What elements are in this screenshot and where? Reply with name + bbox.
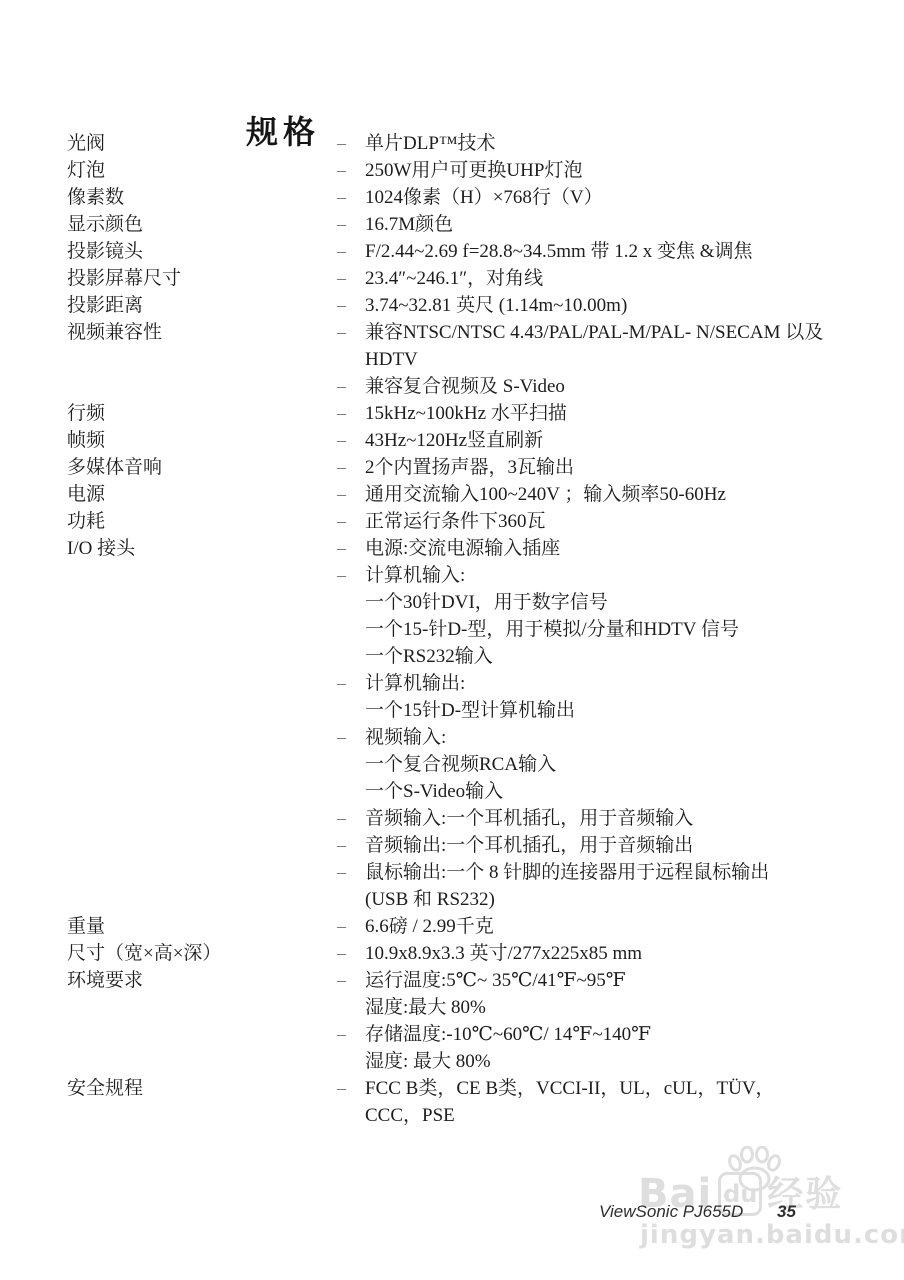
spec-value: 兼容NTSC/NTSC 4.43/PAL/PAL-M/PAL- N/SECAM … (365, 319, 904, 346)
spec-row: 一个30针DVI，用于数字信号 (0, 589, 904, 616)
spec-label (67, 859, 337, 886)
spec-value: 计算机输入: (365, 562, 904, 589)
spec-value: 43Hz~120Hz竖直刷新 (365, 427, 904, 454)
spec-row: – 兼容复合视频及 S-Video (0, 373, 904, 400)
spec-row: 安全规程 – FCC B类，CE B类，VCCI-II，UL，cUL，TÜV， (0, 1075, 904, 1102)
spec-row: – 计算机输入: (0, 562, 904, 589)
spec-dash: – (337, 427, 365, 454)
spec-dash: – (337, 724, 365, 751)
spec-row: 行频 – 15kHz~100kHz 水平扫描 (0, 400, 904, 427)
spec-row: (USB 和 RS232) (0, 886, 904, 913)
spec-label (67, 994, 337, 1021)
spec-label: 尺寸（宽×高×深） (67, 940, 337, 967)
spec-label (67, 886, 337, 913)
spec-dash: – (337, 454, 365, 481)
spec-label (67, 832, 337, 859)
spec-label: 显示颜色 (67, 211, 337, 238)
spec-dash: – (337, 292, 365, 319)
spec-value: 音频输入:一个耳机插孔，用于音频输入 (365, 805, 904, 832)
spec-value: 10.9x8.9x3.3 英寸/277x225x85 mm (365, 940, 904, 967)
spec-value: 鼠标输出:一个 8 针脚的连接器用于远程鼠标输出 (365, 859, 904, 886)
spec-label: 行频 (67, 400, 337, 427)
spec-row: 一个复合视频RCA输入 (0, 751, 904, 778)
spec-list: 光阀 – 单片DLP™技术 灯泡 – 250W用户可更换UHP灯泡 像素数 – … (0, 130, 904, 1129)
spec-row: – 音频输入:一个耳机插孔，用于音频输入 (0, 805, 904, 832)
spec-dash: – (337, 238, 365, 265)
spec-dash: – (337, 535, 365, 562)
footer-page-number: 35 (777, 1202, 796, 1222)
spec-value: 23.4″~246.1″，对角线 (365, 265, 904, 292)
spec-label: 光阀 (67, 130, 337, 157)
spec-label (67, 670, 337, 697)
spec-dash: – (337, 319, 365, 346)
spec-value: 一个复合视频RCA输入 (365, 751, 904, 778)
spec-dash: – (337, 1021, 365, 1048)
spec-dash: – (337, 373, 365, 400)
spec-dash: – (337, 400, 365, 427)
spec-label: 帧频 (67, 427, 337, 454)
spec-row: 功耗 – 正常运行条件下360瓦 (0, 508, 904, 535)
spec-value: 一个15针D-型计算机输出 (365, 697, 904, 724)
spec-dash (337, 778, 365, 805)
spec-row: 电源 – 通用交流输入100~240V ；输入频率50-60Hz (0, 481, 904, 508)
spec-value: 视频输入: (365, 724, 904, 751)
spec-value: 湿度:最大 80% (365, 994, 904, 1021)
spec-value: CCC，PSE (365, 1102, 904, 1129)
spec-dash (337, 697, 365, 724)
spec-value: 存储温度:-10℃~60℃/ 14℉~140℉ (365, 1021, 904, 1048)
spec-value: 3.74~32.81 英尺 (1.14m~10.00m) (365, 292, 904, 319)
spec-value: 运行温度:5℃~ 35℃/41℉~95℉ (365, 967, 904, 994)
spec-dash: – (337, 967, 365, 994)
spec-dash (337, 1048, 365, 1075)
spec-value: 15kHz~100kHz 水平扫描 (365, 400, 904, 427)
spec-dash (337, 616, 365, 643)
spec-dash: – (337, 670, 365, 697)
spec-row: – 视频输入: (0, 724, 904, 751)
spec-label (67, 778, 337, 805)
spec-dash: – (337, 913, 365, 940)
spec-value: 16.7M颜色 (365, 211, 904, 238)
spec-row: 像素数 – 1024像素（H）×768行（V） (0, 184, 904, 211)
spec-row: 帧频 – 43Hz~120Hz竖直刷新 (0, 427, 904, 454)
spec-row: 投影镜头 – F/2.44~2.69 f=28.8~34.5mm 带 1.2 x… (0, 238, 904, 265)
spec-label (67, 1048, 337, 1075)
spec-dash: – (337, 1075, 365, 1102)
spec-value: 一个RS232输入 (365, 643, 904, 670)
spec-row: – 计算机输出: (0, 670, 904, 697)
spec-label (67, 373, 337, 400)
spec-row: 湿度:最大 80% (0, 994, 904, 1021)
spec-row: 投影距离 – 3.74~32.81 英尺 (1.14m~10.00m) (0, 292, 904, 319)
spec-label: 投影镜头 (67, 238, 337, 265)
spec-row: 灯泡 – 250W用户可更换UHP灯泡 (0, 157, 904, 184)
spec-row: 重量 – 6.6磅 / 2.99千克 (0, 913, 904, 940)
spec-label: 投影距离 (67, 292, 337, 319)
spec-dash: – (337, 832, 365, 859)
document-page: 规格 光阀 – 单片DLP™技术 灯泡 – 250W用户可更换UHP灯泡 像素数… (0, 0, 904, 1280)
spec-row: 一个RS232输入 (0, 643, 904, 670)
spec-row: 视频兼容性 – 兼容NTSC/NTSC 4.43/PAL/PAL-M/PAL- … (0, 319, 904, 346)
spec-dash (337, 589, 365, 616)
spec-label: 安全规程 (67, 1075, 337, 1102)
spec-row: 一个S-Video输入 (0, 778, 904, 805)
spec-row: I/O 接头 – 电源:交流电源输入插座 (0, 535, 904, 562)
spec-dash: – (337, 184, 365, 211)
spec-row: CCC，PSE (0, 1102, 904, 1129)
spec-label (67, 346, 337, 373)
footer-model: ViewSonic PJ655D (599, 1202, 743, 1222)
spec-value: 6.6磅 / 2.99千克 (365, 913, 904, 940)
spec-label: 投影屏幕尺寸 (67, 265, 337, 292)
spec-label (67, 643, 337, 670)
spec-value: 正常运行条件下360瓦 (365, 508, 904, 535)
spec-row: 投影屏幕尺寸 – 23.4″~246.1″，对角线 (0, 265, 904, 292)
spec-dash: – (337, 211, 365, 238)
spec-label: 灯泡 (67, 157, 337, 184)
spec-dash (337, 751, 365, 778)
spec-value: HDTV (365, 346, 904, 373)
spec-value: 250W用户可更换UHP灯泡 (365, 157, 904, 184)
spec-label: 视频兼容性 (67, 319, 337, 346)
spec-value: 一个30针DVI，用于数字信号 (365, 589, 904, 616)
spec-row: HDTV (0, 346, 904, 373)
spec-value: 湿度: 最大 80% (365, 1048, 904, 1075)
spec-value: 1024像素（H）×768行（V） (365, 184, 904, 211)
spec-dash: – (337, 508, 365, 535)
spec-label (67, 562, 337, 589)
spec-row: 显示颜色 – 16.7M颜色 (0, 211, 904, 238)
spec-label (67, 724, 337, 751)
spec-label (67, 751, 337, 778)
spec-row: – 鼠标输出:一个 8 针脚的连接器用于远程鼠标输出 (0, 859, 904, 886)
spec-value: F/2.44~2.69 f=28.8~34.5mm 带 1.2 x 变焦 &调焦 (365, 238, 904, 265)
spec-value: 音频输出:一个耳机插孔，用于音频输出 (365, 832, 904, 859)
spec-label: I/O 接头 (67, 535, 337, 562)
spec-label (67, 697, 337, 724)
spec-row: – 音频输出:一个耳机插孔，用于音频输出 (0, 832, 904, 859)
spec-row: 多媒体音响 – 2个内置扬声器，3瓦输出 (0, 454, 904, 481)
spec-label (67, 1102, 337, 1129)
spec-value: 通用交流输入100~240V ；输入频率50-60Hz (365, 481, 904, 508)
spec-row: 一个15-针D-型，用于模拟/分量和HDTV 信号 (0, 616, 904, 643)
spec-dash: – (337, 130, 365, 157)
spec-dash (337, 886, 365, 913)
spec-row: 尺寸（宽×高×深） – 10.9x8.9x3.3 英寸/277x225x85 m… (0, 940, 904, 967)
spec-label: 环境要求 (67, 967, 337, 994)
spec-row: 湿度: 最大 80% (0, 1048, 904, 1075)
spec-dash: – (337, 157, 365, 184)
spec-dash (337, 994, 365, 1021)
spec-label: 功耗 (67, 508, 337, 535)
spec-label: 多媒体音响 (67, 454, 337, 481)
spec-value: 单片DLP™技术 (365, 130, 904, 157)
spec-value: 2个内置扬声器，3瓦输出 (365, 454, 904, 481)
spec-dash: – (337, 940, 365, 967)
spec-label (67, 1021, 337, 1048)
spec-value: 计算机输出: (365, 670, 904, 697)
spec-label (67, 616, 337, 643)
spec-value: 兼容复合视频及 S-Video (365, 373, 904, 400)
spec-dash (337, 643, 365, 670)
spec-dash: – (337, 481, 365, 508)
spec-dash: – (337, 562, 365, 589)
spec-row: 光阀 – 单片DLP™技术 (0, 130, 904, 157)
spec-dash: – (337, 265, 365, 292)
spec-value: FCC B类，CE B类，VCCI-II，UL，cUL，TÜV， (365, 1075, 904, 1102)
spec-value: 一个S-Video输入 (365, 778, 904, 805)
page-footer: ViewSonic PJ655D 35 (0, 1202, 904, 1226)
spec-label: 重量 (67, 913, 337, 940)
spec-value: (USB 和 RS232) (365, 886, 904, 913)
spec-label: 电源 (67, 481, 337, 508)
spec-value: 一个15-针D-型，用于模拟/分量和HDTV 信号 (365, 616, 904, 643)
spec-dash: – (337, 805, 365, 832)
spec-label: 像素数 (67, 184, 337, 211)
spec-dash: – (337, 859, 365, 886)
spec-row: 环境要求 – 运行温度:5℃~ 35℃/41℉~95℉ (0, 967, 904, 994)
spec-dash (337, 1102, 365, 1129)
spec-value: 电源:交流电源输入插座 (365, 535, 904, 562)
spec-label (67, 589, 337, 616)
spec-row: – 存储温度:-10℃~60℃/ 14℉~140℉ (0, 1021, 904, 1048)
spec-row: 一个15针D-型计算机输出 (0, 697, 904, 724)
spec-dash (337, 346, 365, 373)
spec-label (67, 805, 337, 832)
